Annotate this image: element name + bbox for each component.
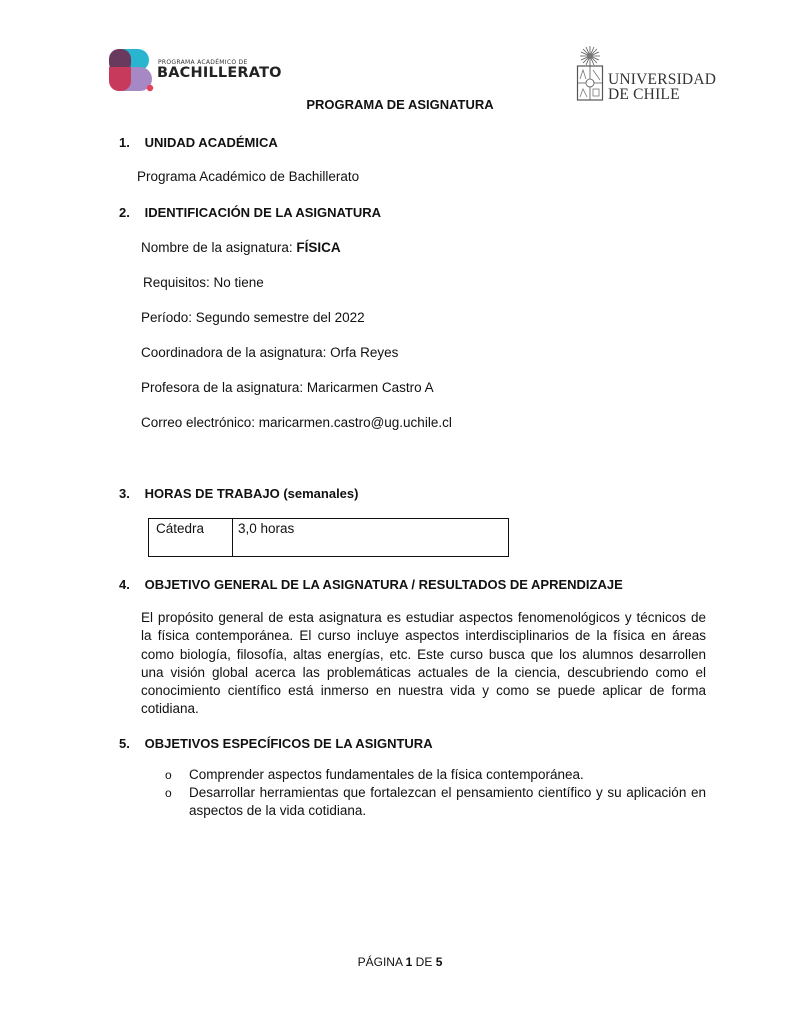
professor-field: Profesora de la asignatura: Maricarmen C… bbox=[141, 380, 434, 395]
academic-unit-value: Programa Académico de Bachillerato bbox=[137, 169, 359, 184]
section-2-heading: 2. IDENTIFICACIÓN DE LA ASIGNATURA bbox=[119, 205, 381, 220]
course-name-field: Nombre de la asignatura: FÍSICA bbox=[141, 240, 341, 255]
document-title: PROGRAMA DE ASIGNATURA bbox=[12, 97, 788, 112]
list-item: o Desarrollar herramientas que fortalezc… bbox=[160, 784, 706, 820]
section-title-suffix: (semanales) bbox=[280, 486, 359, 501]
list-item: o Comprender aspectos fundamentales de l… bbox=[160, 766, 706, 784]
general-objective-paragraph: El propósito general de esta asignatura … bbox=[141, 609, 706, 719]
university-name-line1: UNIVERSIDAD bbox=[608, 72, 716, 87]
logo-title: BACHILLERATO bbox=[157, 65, 282, 81]
course-name-value: FÍSICA bbox=[296, 240, 340, 255]
hours-value-cell: 3,0 horas bbox=[233, 519, 508, 556]
objective-text: Desarrollar herramientas que fortalezcan… bbox=[189, 785, 706, 818]
university-crest-icon bbox=[575, 44, 605, 104]
page-footer: PÁGINA 1 DE 5 bbox=[0, 955, 800, 969]
hollow-bullet-icon: o bbox=[165, 784, 172, 802]
email-field: Correo electrónico: maricarmen.castro@ug… bbox=[141, 415, 452, 430]
total-pages: 5 bbox=[436, 955, 443, 969]
section-1-heading: 1. UNIDAD ACADÉMICA bbox=[119, 135, 278, 150]
section-4-heading: 4. OBJETIVO GENERAL DE LA ASIGNATURA / R… bbox=[119, 577, 623, 592]
section-title: OBJETIVO GENERAL DE LA ASIGNATURA / RESU… bbox=[145, 577, 623, 592]
bachillerato-logo: PROGRAMA ACADÉMICO DE BACHILLERATO bbox=[108, 48, 273, 92]
coordinator-field: Coordinadora de la asignatura: Orfa Reye… bbox=[141, 345, 398, 360]
bachillerato-b-icon bbox=[108, 48, 154, 92]
section-number: 5. bbox=[119, 736, 141, 751]
section-number: 3. bbox=[119, 486, 141, 501]
section-3-heading: 3. HORAS DE TRABAJO (semanales) bbox=[119, 486, 358, 501]
section-number: 1. bbox=[119, 135, 141, 150]
page-of-label: DE bbox=[412, 955, 435, 969]
section-title: IDENTIFICACIÓN DE LA ASIGNATURA bbox=[145, 205, 381, 220]
hollow-bullet-icon: o bbox=[165, 766, 172, 784]
section-title: UNIDAD ACADÉMICA bbox=[145, 135, 278, 150]
objective-text: Comprender aspectos fundamentales de la … bbox=[189, 767, 584, 782]
work-hours-table: Cátedra 3,0 horas bbox=[148, 518, 509, 557]
section-number: 2. bbox=[119, 205, 141, 220]
section-5-heading: 5. OBJETIVOS ESPECÍFICOS DE LA ASIGNTURA bbox=[119, 736, 433, 751]
course-name-label: Nombre de la asignatura: bbox=[141, 240, 296, 255]
page-label: PÁGINA bbox=[358, 955, 406, 969]
section-title: HORAS DE TRABAJO bbox=[145, 486, 280, 501]
hours-type-cell: Cátedra bbox=[149, 519, 233, 556]
period-field: Período: Segundo semestre del 2022 bbox=[141, 310, 365, 325]
section-title: OBJETIVOS ESPECÍFICOS DE LA ASIGNTURA bbox=[145, 736, 433, 751]
section-number: 4. bbox=[119, 577, 141, 592]
requirements-field: Requisitos: No tiene bbox=[143, 275, 264, 290]
specific-objectives-list: o Comprender aspectos fundamentales de l… bbox=[160, 766, 706, 820]
